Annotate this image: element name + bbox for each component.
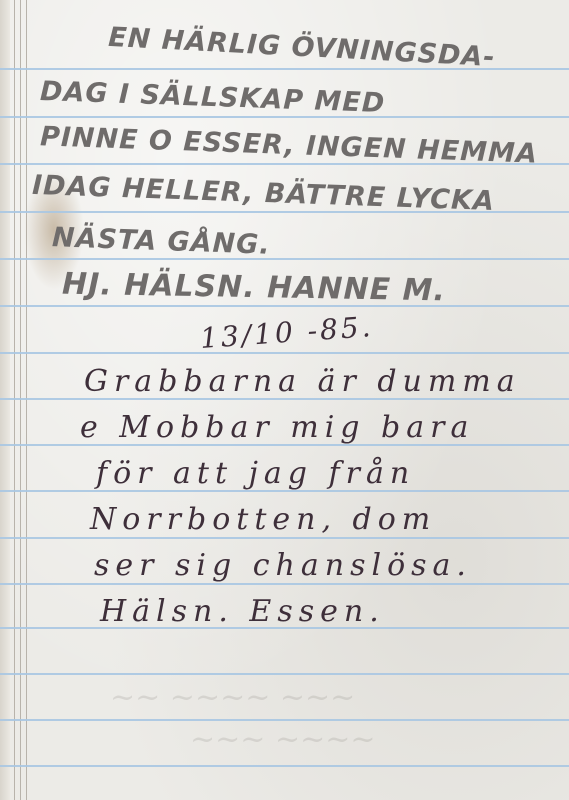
notebook-page: ~~ ~~~~ ~~~ ~~~ ~~~~ En härlig övningsda… bbox=[0, 0, 569, 800]
binding-edge bbox=[0, 0, 10, 800]
ink-line: ser sig chanslösa. bbox=[94, 548, 472, 583]
ink-line: Grabbarna är dumma bbox=[84, 364, 521, 399]
ruled-line bbox=[0, 719, 569, 721]
bleed-through-writing: ~~~ ~~~~ bbox=[190, 722, 376, 757]
margin-line bbox=[20, 0, 21, 800]
bleed-through-writing: ~~ ~~~~ ~~~ bbox=[110, 680, 355, 715]
ink-line: e Mobbar mig bara bbox=[80, 410, 474, 445]
ink-line: för att jag från bbox=[96, 456, 415, 491]
pencil-line: idag heller, bättre lycka bbox=[32, 170, 496, 217]
ruled-line bbox=[0, 116, 569, 118]
ink-line: Norrbotten, dom bbox=[90, 502, 436, 537]
margin-line bbox=[26, 0, 27, 800]
ruled-line bbox=[0, 765, 569, 767]
pencil-line: En härlig övningsda- bbox=[107, 22, 496, 73]
ink-signature: Hälsn. Essen. bbox=[100, 594, 385, 629]
ruled-line bbox=[0, 258, 569, 260]
ruled-line bbox=[0, 583, 569, 585]
pencil-line: dag i sällskap med bbox=[40, 76, 386, 119]
ruled-line bbox=[0, 537, 569, 539]
pencil-signature: Hj. Hälsn. Hanne M. bbox=[62, 267, 446, 309]
margin-line bbox=[14, 0, 15, 800]
pencil-line: nästa gång. bbox=[52, 222, 272, 261]
ruled-line bbox=[0, 673, 569, 675]
ruled-line bbox=[0, 352, 569, 354]
entry-date: 13/10 -85. bbox=[199, 310, 374, 355]
